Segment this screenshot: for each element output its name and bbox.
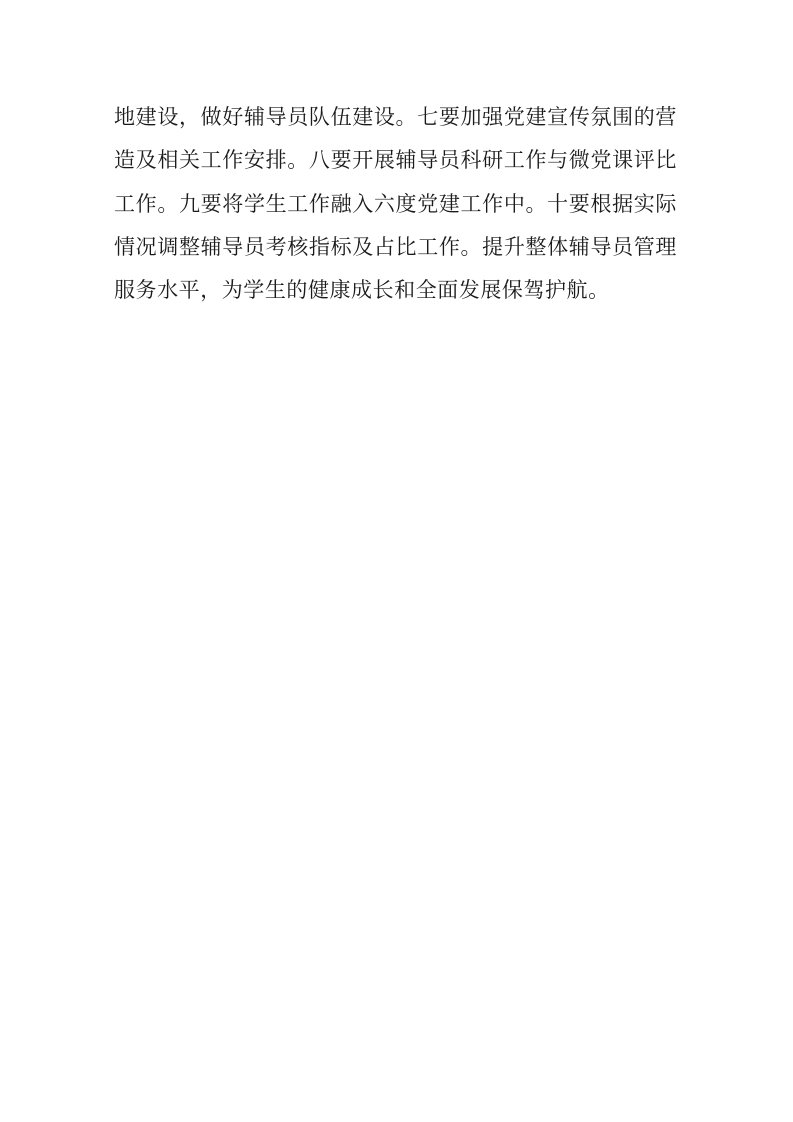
paragraph-line-2: 造及相关工作安排。八要开展辅导员科研工作与微党课评比 [114,139,677,182]
body-paragraph: 地建设，做好辅导员队伍建设。七要加强党建宣传氛围的营 造及相关工作安排。八要开展… [114,96,677,312]
paragraph-line-3: 工作。九要将学生工作融入六度党建工作中。十要根据实际 [114,183,677,226]
document-page: 地建设，做好辅导员队伍建设。七要加强党建宣传氛围的营 造及相关工作安排。八要开展… [0,0,793,1122]
paragraph-line-5: 服务水平，为学生的健康成长和全面发展保驾护航。 [114,269,677,312]
paragraph-line-1: 地建设，做好辅导员队伍建设。七要加强党建宣传氛围的营 [114,96,677,139]
paragraph-line-4: 情况调整辅导员考核指标及占比工作。提升整体辅导员管理 [114,226,677,269]
